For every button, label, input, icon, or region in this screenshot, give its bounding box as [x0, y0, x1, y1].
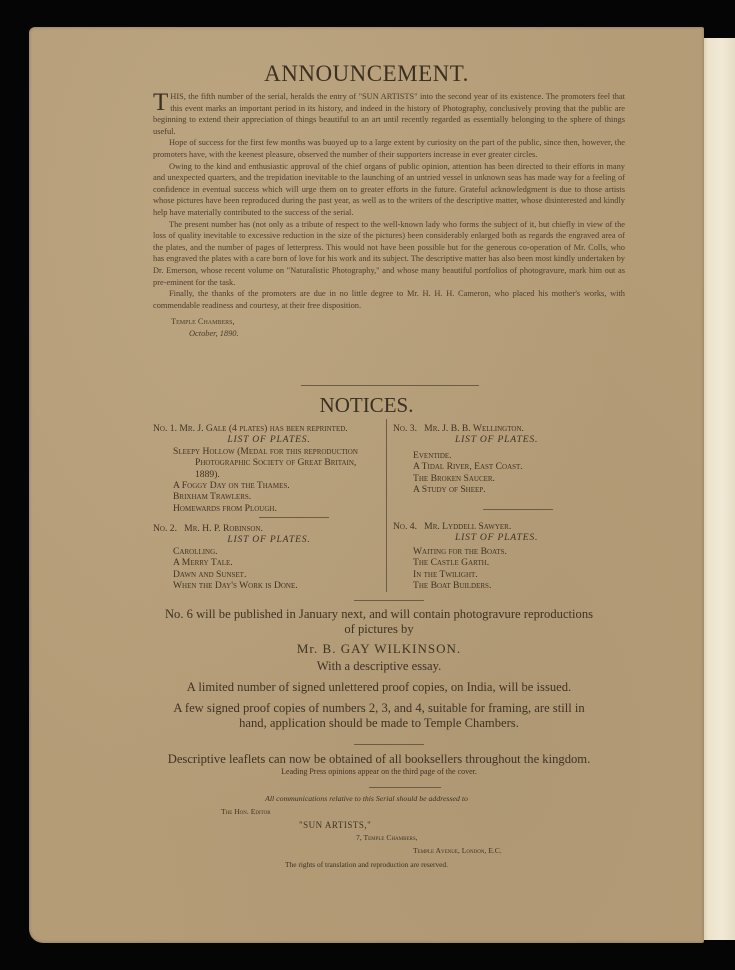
notice-header: No. 4. Mr. Lyddell Sawyer. [393, 521, 623, 532]
plate-title: A Study of Sheep. [413, 484, 623, 495]
plates-list: Carolling. A Merry Tale. Dawn and Sunset… [153, 546, 385, 592]
next-issue-line: of pictures by [134, 622, 624, 637]
plates-list: Eventide. A Tidal River, East Coast. The… [393, 450, 623, 496]
plates-list: Sleepy Hollow (Medal for this reproducti… [153, 446, 385, 514]
announcement-paragraph: Finally, the thanks of the promoters are… [153, 288, 625, 311]
announcement-title: ANNOUNCEMENT. [29, 61, 704, 87]
announcement-paragraph: The present number has (not only as a tr… [153, 219, 625, 289]
next-issue-essay: With a descriptive essay. [134, 659, 624, 674]
framing-notice-line: hand, application should be made to Temp… [134, 716, 624, 731]
plate-title-continued: 1889). [173, 469, 385, 480]
section-divider [301, 385, 479, 386]
plate-title: When the Day's Work is Done. [173, 580, 385, 591]
signature-place: Temple Chambers, [153, 316, 625, 328]
contact-editor: The Hon. Editor [221, 806, 271, 818]
notice-divider [259, 517, 329, 518]
list-of-plates-label: LIST OF PLATES. [455, 434, 623, 445]
press-opinions-text: Leading Press opinions appear on the thi… [134, 767, 624, 777]
next-issue-notice: No. 6 will be published in January next,… [134, 607, 624, 731]
next-issue-line: No. 6 will be published in January next,… [134, 607, 624, 622]
list-of-plates-label: LIST OF PLATES. [153, 534, 385, 545]
contact-address-line: 7, Temple Chambers, [356, 832, 418, 844]
leaflets-text: Descriptive leaflets can now be obtained… [134, 752, 624, 767]
signature-date: October, 1890. [153, 328, 625, 340]
notice-header: No. 2. Mr. H. P. Robinson. [153, 523, 385, 534]
rights-notice: The rights of translation and reproducti… [29, 860, 704, 870]
contact-intro: All communications relative to this Seri… [29, 794, 704, 804]
section-divider [369, 787, 441, 788]
plate-title: In the Twilight. [413, 569, 623, 580]
plate-title: Dawn and Sunset. [173, 569, 385, 580]
section-divider [354, 744, 424, 745]
next-page-edge [700, 38, 735, 940]
list-of-plates-label: LIST OF PLATES. [455, 532, 623, 543]
list-of-plates-label: LIST OF PLATES. [153, 434, 385, 445]
cover-page: ANNOUNCEMENT. THIS, the fifth number of … [29, 27, 704, 943]
notice-1: No. 1. Mr. J. Gale (4 plates) has been r… [153, 423, 385, 514]
plate-title: The Castle Garth. [413, 557, 623, 568]
plate-title: A Foggy Day on the Thames. [173, 480, 385, 491]
plate-title: A Merry Tale. [173, 557, 385, 568]
leaflets-notice: Descriptive leaflets can now be obtained… [134, 752, 624, 777]
announcement-paragraph: THIS, the fifth number of the serial, he… [153, 91, 625, 137]
contact-address-line: Temple Avenue, London, E.C. [413, 845, 502, 857]
announcement-paragraph: Hope of success for the first few months… [153, 137, 625, 160]
plate-title: The Broken Saucer. [413, 473, 623, 484]
notice-header: No. 1. Mr. J. Gale (4 plates) has been r… [153, 423, 385, 434]
next-issue-artist: Mr. B. GAY WILKINSON. [134, 641, 624, 656]
announcement-paragraph: Owing to the kind and enthusiastic appro… [153, 161, 625, 219]
drop-cap: T [153, 93, 168, 113]
announcement-body: THIS, the fifth number of the serial, he… [153, 91, 625, 339]
plate-title: A Tidal River, East Coast. [413, 461, 623, 472]
plate-title-continued: Photographic Society of Great Britain, [173, 457, 385, 468]
notice-divider [483, 509, 553, 510]
column-divider [386, 419, 387, 592]
notice-2: No. 2. Mr. H. P. Robinson. LIST OF PLATE… [153, 523, 385, 591]
announcement-signature: Temple Chambers, October, 1890. [153, 316, 625, 339]
notice-header: No. 3. Mr. J. B. B. Wellington. [393, 423, 623, 434]
proof-copies-notice: A limited number of signed unlettered pr… [134, 680, 624, 695]
plates-list: Waiting for the Boats. The Castle Garth.… [393, 546, 623, 592]
plate-title: Sleepy Hollow (Medal for this reproducti… [173, 446, 385, 457]
plate-title: Homewards from Plough. [173, 503, 385, 514]
section-divider [354, 600, 424, 601]
contact-publication: "SUN ARTISTS," [299, 819, 371, 831]
plate-title: Brixham Trawlers. [173, 491, 385, 502]
plate-title: Eventide. [413, 450, 623, 461]
plate-title: The Boat Builders. [413, 580, 623, 591]
notice-3: No. 3. Mr. J. B. B. Wellington. LIST OF … [393, 423, 623, 495]
notices-title: NOTICES. [29, 393, 704, 418]
framing-notice-line: A few signed proof copies of numbers 2, … [134, 701, 624, 716]
plate-title: Carolling. [173, 546, 385, 557]
notice-4: No. 4. Mr. Lyddell Sawyer. LIST OF PLATE… [393, 521, 623, 591]
plate-title: Waiting for the Boats. [413, 546, 623, 557]
